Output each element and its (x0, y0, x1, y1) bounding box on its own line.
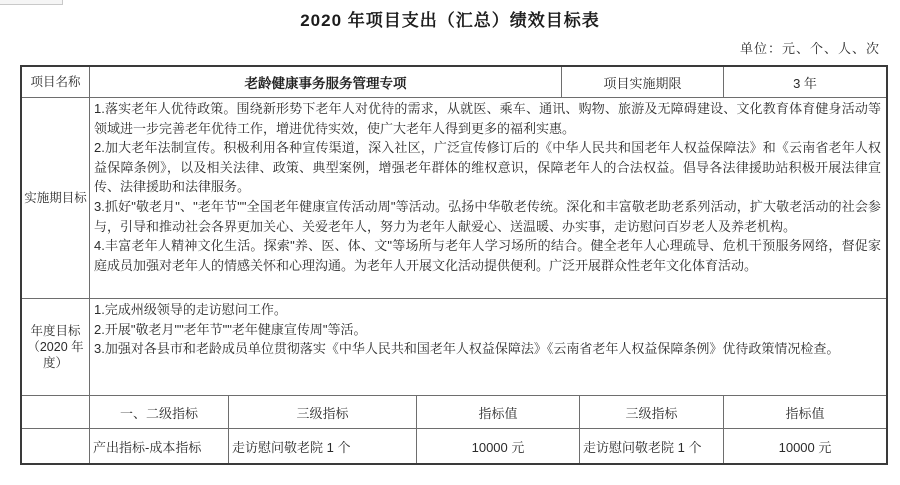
annual-goals-text: 1.完成州级领导的走访慰问工作。 2.开展"敬老月""老年节""老年健康宣传周"… (89, 299, 886, 395)
annual-paragraph-2: 2.开展"敬老月""老年节""老年健康宣传周"等活。 (94, 320, 881, 340)
table-row-implementation-goals: 实施期目标 1.落实老年人优待政策。围绕新形势下老年人对优待的需求，从就医、乘车… (22, 97, 886, 298)
indicator-header-row: 一、二级指标 三级指标 指标值 三级指标 指标值 (22, 395, 886, 428)
implementation-paragraph-4: 4.丰富老年人精神文化生活。探索"养、医、体、文"等场所与老年人学习场所的结合。… (94, 236, 881, 275)
indicator-data-row: 产出指标-成本指标 走访慰问敬老院 1 个 10000 元 走访慰问敬老院 1 … (22, 428, 886, 463)
project-name-label: 项目名称 (22, 67, 89, 97)
indicator-header-value-1: 指标值 (416, 396, 579, 428)
table-row-project: 项目名称 老龄健康事务服务管理专项 项目实施期限 3 年 (22, 67, 886, 97)
implementation-goals-label: 实施期目标 (22, 98, 89, 298)
indicator-category: 产出指标-成本指标 (89, 429, 228, 463)
period-label: 项目实施期限 (561, 67, 723, 97)
indicator-value-2: 10000 元 (723, 429, 886, 463)
table-row-annual-goals: 年度目标（2020 年度） 1.完成州级领导的走访慰问工作。 2.开展"敬老月"… (22, 298, 886, 395)
indicator-data-spacer (22, 429, 89, 463)
implementation-goals-text: 1.落实老年人优待政策。围绕新形势下老年人对优待的需求，从就医、乘车、通讯、购物… (89, 98, 886, 298)
annual-paragraph-3: 3.加强对各县市和老龄成员单位贯彻落实《中华人民共和国老年人权益保障法》《云南省… (94, 339, 881, 359)
indicator-header-tertiary-1: 三级指标 (228, 396, 416, 428)
implementation-paragraph-3: 3.抓好"敬老月"、"老年节""全国老年健康宣传活动周"等活动。弘扬中华敬老传统… (94, 197, 881, 236)
indicator-header-level: 一、二级指标 (89, 396, 228, 428)
indicator-value-1: 10000 元 (416, 429, 579, 463)
annual-paragraph-1: 1.完成州级领导的走访慰问工作。 (94, 300, 881, 320)
window-corner-artifact (0, 0, 63, 5)
period-value: 3 年 (723, 67, 886, 97)
indicator-header-tertiary-2: 三级指标 (579, 396, 723, 428)
implementation-paragraph-2: 2.加大老年法制宣传。积极利用各种宣传渠道，深入社区，广泛宣传修订后的《中华人民… (94, 138, 881, 197)
indicator-header-value-2: 指标值 (723, 396, 886, 428)
page-title: 2020 年项目支出（汇总）绩效目标表 (0, 6, 900, 31)
indicator-header-spacer (22, 396, 89, 428)
unit-note: 单位：元、个、人、次 (740, 38, 880, 57)
indicator-tertiary-1: 走访慰问敬老院 1 个 (228, 429, 416, 463)
indicator-tertiary-2: 走访慰问敬老院 1 个 (579, 429, 723, 463)
project-name-value: 老龄健康事务服务管理专项 (89, 67, 561, 97)
annual-goals-label: 年度目标（2020 年度） (22, 299, 89, 395)
implementation-paragraph-1: 1.落实老年人优待政策。围绕新形势下老年人对优待的需求，从就医、乘车、通讯、购物… (94, 99, 881, 138)
performance-target-table: 项目名称 老龄健康事务服务管理专项 项目实施期限 3 年 实施期目标 1.落实老… (20, 65, 888, 465)
